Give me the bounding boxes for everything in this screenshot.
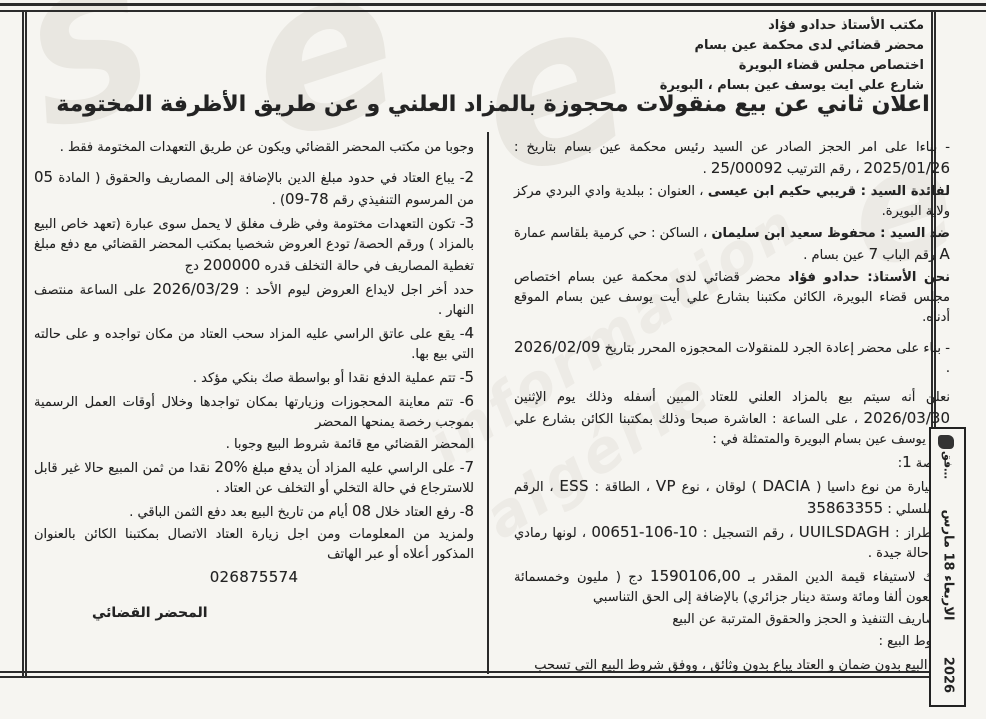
doc-paragraph: ومصاريف التنفيذ و الحجز والحقوق المترتبة… (514, 610, 950, 630)
masthead-fragment: …فق (941, 451, 954, 479)
doc-paragraph: - سيارة من نوع داسيا ( DACIA ) لوقان ، ن… (514, 476, 950, 520)
doc-text-segment: 5 (464, 368, 474, 386)
doc-text-segment: ولمزيد من المعلومات ومن اجل زيارة العتاد… (34, 527, 474, 562)
phone-number: 026875574 (34, 567, 474, 589)
doc-text-segment: 2025/01/26 (864, 159, 950, 177)
doc-text-segment: 1 (902, 453, 912, 471)
doc-text-segment: المحضر القضائي (92, 605, 208, 621)
doc-paragraph: المحضر القضائي مع قائمة شروط البيع وجوبا… (34, 435, 474, 455)
publication-year: 2026 (940, 657, 955, 693)
publication-date: الاربعاء 18 مارس (940, 510, 955, 621)
doc-text-segment: ، رقم التسجيل : (698, 526, 799, 541)
announcement-title: اعلان ثاني عن بيع منقولات محجوزة بالمزاد… (40, 92, 946, 117)
doc-text-segment: DACIA (763, 477, 811, 495)
doc-text-segment: قريبي حكيم ابن عيسى (708, 184, 856, 199)
doc-text-segment: أيام من تاريخ البيع بعد دفع الثمن الباقي… (129, 505, 352, 520)
office-header-line: اختصاص مجلس قضاء البويرة (660, 56, 924, 76)
doc-text-segment: - يباع العتاد في حدود مبلغ الدين بالإضاف… (53, 171, 464, 186)
doc-text-segment: - يقع على عاتق الراسي عليه المزاد سحب ال… (34, 327, 474, 362)
column-right: - بناءا على امر الحجز الصادر عن السيد رئ… (514, 138, 950, 678)
doc-text-segment: لفائدة السيد : (856, 184, 950, 199)
doc-text-segment: ومصاريف التنفيذ و الحجز والحقوق المترتبة… (672, 612, 950, 627)
doc-text-segment: المحضر القضائي مع قائمة شروط البيع وجوبا… (226, 437, 474, 452)
doc-text-segment: 2 (464, 168, 474, 186)
doc-text-segment: حدادو فؤاد (788, 270, 860, 285)
column-divider (487, 132, 489, 674)
doc-text-segment: VP (656, 477, 676, 495)
doc-text-segment: دج (185, 259, 203, 274)
scan-top-rule-2 (0, 10, 986, 12)
publication-date-box: الاربعاء 18 مارس (929, 485, 966, 647)
doc-text-segment: 8 (464, 502, 474, 520)
doc-text-segment: وجوبا من مكتب المحضر القضائي ويكون عن طر… (60, 140, 474, 155)
doc-text-segment: - على الراسي عليه المزاد أن يدفع مبلغ (248, 461, 465, 476)
doc-text-segment: - بناءا على امر الحجز الصادر عن السيد رئ… (514, 140, 950, 155)
doc-text-segment: 09-78 (285, 190, 329, 208)
newspaper-masthead-box: …فق (929, 427, 966, 489)
doc-paragraph: - بناءا على امر الحجز الصادر عن السيد رئ… (514, 138, 950, 180)
doc-text-segment: ) لوقان ، نوع (676, 480, 763, 495)
doc-text-segment: 08 (352, 502, 371, 520)
doc-text-segment: . (703, 162, 711, 177)
doc-paragraph: حدد أخر اجل لايداع العروض ليوم الأحد : 2… (34, 279, 474, 321)
doc-text-segment: - بناء على محضر إعادة الجرد للمنقولات ال… (600, 341, 950, 356)
bailiff-signature: المحضر القضائي (34, 603, 474, 623)
doc-paragraph: وجوبا من مكتب المحضر القضائي ويكون عن طر… (34, 138, 474, 158)
doc-text-segment: ) . (272, 193, 285, 208)
doc-text-segment: ضد السيد : (876, 226, 950, 241)
doc-paragraph: 5- تتم عملية الدفع نقدا أو بواسطة صك بنك… (34, 367, 474, 389)
doc-text-segment: ، رقم الترتيب (783, 162, 864, 177)
doc-paragraph: 8- رفع العتاد خلال 08 أيام من تاريخ البي… (34, 501, 474, 523)
doc-text-segment: 25/00092 (711, 159, 783, 177)
office-header-line: محضر قضائي لدى محكمة عين بسام (660, 36, 924, 56)
doc-paragraph: ولمزيد من المعلومات ومن اجل زيارة العتاد… (34, 525, 474, 565)
doc-text-segment: من المرسوم التنفيذي رقم (329, 193, 474, 208)
doc-text-segment: - تتم عملية الدفع نقدا أو بواسطة صك بنكي… (193, 371, 465, 386)
doc-text-segment: 05 (34, 168, 53, 186)
masthead-logo-blob (938, 435, 954, 449)
doc-text-segment: A (939, 245, 950, 263)
publication-year-box: 2026 (929, 645, 966, 707)
doc-paragraph: - الطراز : UUILSDAGH ، رقم التسجيل : 006… (514, 522, 950, 564)
doc-text-segment: نعلن أنه سيتم بيع بالمزاد العلني للعتاد … (514, 390, 950, 405)
doc-text-segment: UUILSDAGH (799, 523, 890, 541)
scanned-announcement-page: S e e information algérie e مكتب الأستاذ… (0, 0, 986, 719)
doc-text-segment: عين بسام . (803, 248, 868, 263)
doc-paragraph: شروط البيع : (514, 632, 950, 652)
doc-paragraph: 4- يقع على عاتق الراسي عليه المزاد سحب ا… (34, 323, 474, 365)
doc-paragraph: 3- تكون التعهدات مختومة وفي ظرف مغلق لا … (34, 213, 474, 277)
doc-text-segment: 3 (464, 214, 474, 232)
doc-text-segment: - رفع العتاد خلال (371, 505, 464, 520)
doc-text-segment: . (946, 361, 950, 376)
doc-paragraph: 1 - البيع بدون ضمان و العتاد يباع بدون و… (514, 654, 950, 676)
doc-text-segment: 20% (214, 458, 247, 476)
doc-text-segment: 4 (464, 324, 474, 342)
doc-paragraph: 7- على الراسي عليه المزاد أن يدفع مبلغ 2… (34, 457, 474, 499)
scan-top-rule (0, 3, 986, 6)
doc-text-segment: محفوظ سعيد ابن سليمان (711, 226, 875, 241)
doc-text-segment: 200000 (203, 256, 260, 274)
doc-paragraph: - بناء على محضر إعادة الجرد للمنقولات ال… (514, 337, 950, 379)
doc-text-segment: 1590106,00 (650, 567, 741, 585)
doc-paragraph: ضد السيد : محفوظ سعيد ابن سليمان ، الساك… (514, 224, 950, 266)
office-header-line: مكتب الأستاذ حدادو فؤاد (660, 16, 924, 36)
doc-text-segment: حدد أخر اجل لايداع العروض ليوم الأحد : (239, 283, 474, 298)
doc-paragraph: لفائدة السيد : قريبي حكيم ابن عيسى ، الع… (514, 182, 950, 222)
doc-text-segment: 00651-106-10 (591, 523, 697, 541)
doc-paragraph: نحن الأستاذ: حدادو فؤاد محضر قضائي لدى م… (514, 268, 950, 328)
doc-text-segment: نحن الأستاذ: (860, 270, 950, 285)
doc-text-segment: 2026/03/29 (153, 280, 239, 298)
doc-text-segment: 6 (464, 392, 474, 410)
doc-text-segment: 026875574 (210, 568, 299, 586)
office-header: مكتب الأستاذ حدادو فؤاد محضر قضائي لدى م… (660, 16, 924, 96)
doc-text-segment: ، الساكن : حي كرمية بلقاسم عمارة (514, 226, 711, 241)
doc-text-segment: 2026/02/09 (514, 338, 600, 356)
column-left: وجوبا من مكتب المحضر القضائي ويكون عن طر… (34, 138, 474, 625)
doc-text-segment: ESS (559, 477, 588, 495)
doc-text-segment: وذلك لاستيفاء قيمة الدين المقدر بـ (741, 570, 950, 585)
doc-paragraph: الحصة 1: (514, 452, 950, 474)
doc-paragraph: وذلك لاستيفاء قيمة الدين المقدر بـ 15901… (514, 566, 950, 608)
doc-paragraph: 6- تتم معاينة المحجوزات وزيارتها بمكان ت… (34, 391, 474, 433)
doc-text-segment: رقم الباب (878, 248, 939, 263)
doc-text-segment: 2026/03/30 (864, 409, 950, 427)
doc-text-segment: 7 (869, 245, 879, 263)
doc-paragraph: نعلن أنه سيتم بيع بالمزاد العلني للعتاد … (514, 388, 950, 450)
doc-paragraph: 2- يباع العتاد في حدود مبلغ الدين بالإضا… (34, 167, 474, 211)
doc-text-segment: 35863355 (807, 499, 883, 517)
doc-text-segment: - البيع بدون ضمان و العتاد يباع بدون وثا… (534, 658, 940, 673)
doc-text-segment: - تتم معاينة المحجوزات وزيارتها بمكان تو… (34, 395, 474, 430)
doc-text-segment: 7 (464, 458, 474, 476)
doc-text-segment: ، الطاقة : (589, 480, 656, 495)
